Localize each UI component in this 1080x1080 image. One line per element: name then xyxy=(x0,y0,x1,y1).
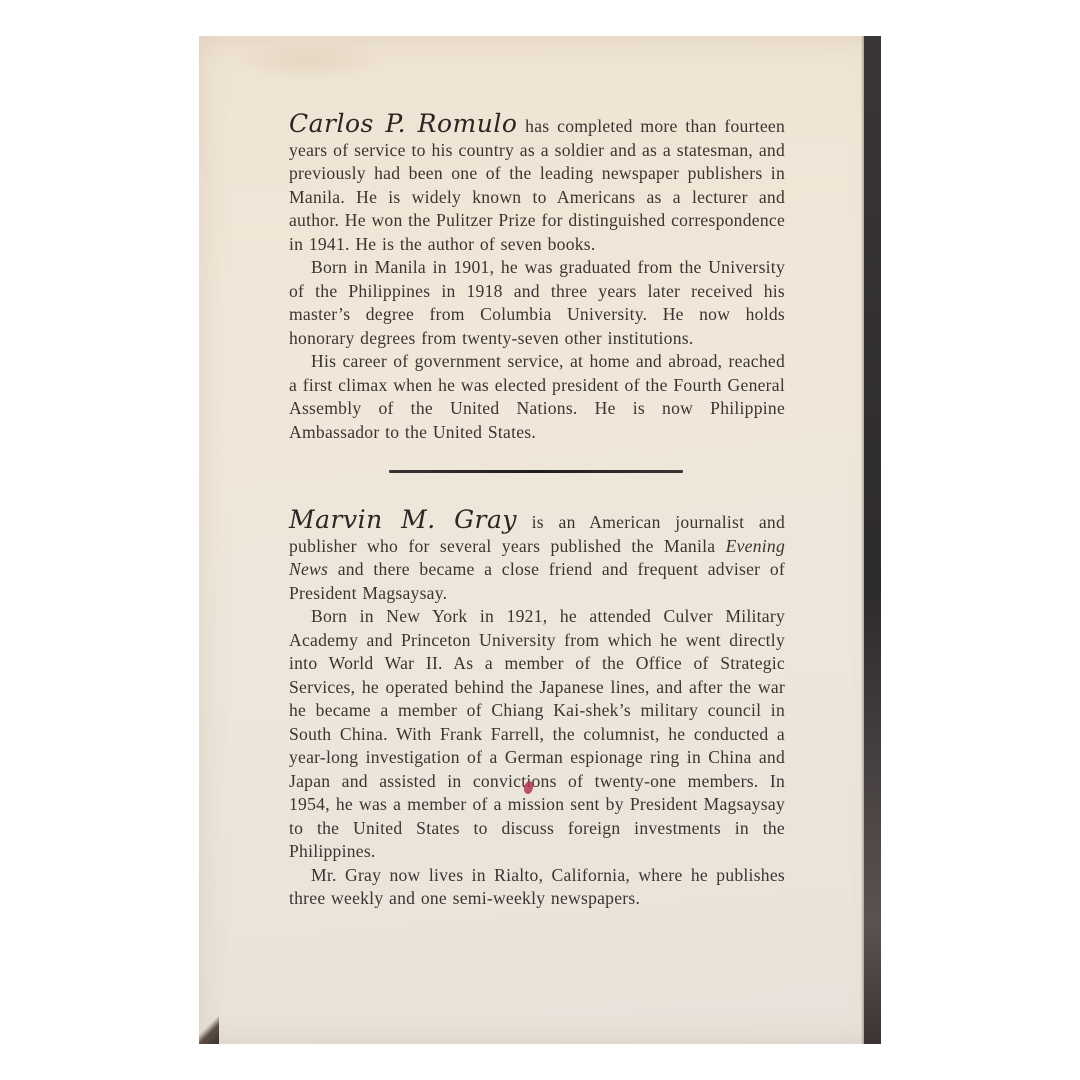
section-divider-rule xyxy=(389,470,683,473)
bio-gray-paragraph-2: Born in New York in 1921, he attended Cu… xyxy=(289,605,785,864)
bio-gray-intro-text-b: and there became a close friend and freq… xyxy=(289,559,785,603)
bio-gray: Marvin M. Gray is an American journalist… xyxy=(289,508,785,911)
bio-romulo-intro: Carlos P. Romulo has completed more than… xyxy=(289,112,785,256)
bio-romulo-paragraph-2: Born in Manila in 1901, he was graduated… xyxy=(289,256,785,350)
flap-text: Carlos P. Romulo has completed more than… xyxy=(289,112,785,911)
author-name-romulo: Carlos P. Romulo xyxy=(289,109,517,138)
section-divider-wrap xyxy=(289,444,785,512)
bio-romulo: Carlos P. Romulo has completed more than… xyxy=(289,112,785,444)
bio-romulo-paragraph-3: His career of government service, at hom… xyxy=(289,350,785,444)
book-spine-edge xyxy=(864,36,881,1044)
bio-gray-intro: Marvin M. Gray is an American journalist… xyxy=(289,508,785,605)
bio-gray-paragraph-3: Mr. Gray now lives in Rialto, California… xyxy=(289,864,785,911)
worn-corner xyxy=(199,1015,219,1044)
